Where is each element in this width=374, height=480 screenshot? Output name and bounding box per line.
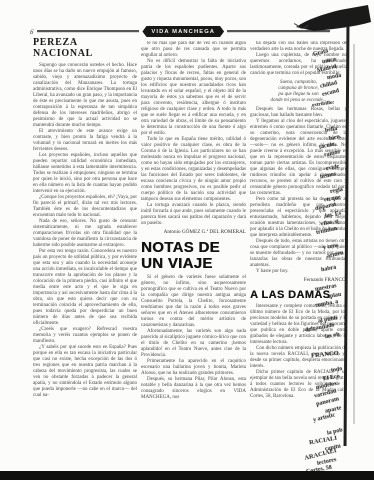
warped-text-fragment: ARACIALI xyxy=(304,447,338,462)
warped-text-fragment: RACIALI xyxy=(309,435,338,447)
page-edge-shadow xyxy=(353,44,355,424)
author-signature-franco: Fernando FRANCO. xyxy=(250,277,347,283)
page-header: 6 VIDA MANCHEGA xyxy=(30,26,336,37)
paragraph: ¿Creéis que exagero? Refrescad vuestra m… xyxy=(33,327,137,345)
paragraph: Después las hermanas Rosas, bellas y gra… xyxy=(250,107,347,119)
article-title-pereza-nacional: PEREZA NACIONAL xyxy=(33,37,137,59)
paragraph: ¿Conque los proyectos españoles, eh? ¡Va… xyxy=(33,195,137,219)
paragraph: No es difícil demostrar la falta de inic… xyxy=(141,59,246,137)
paragraph: Pero como tal protesta no ha de agradar … xyxy=(250,197,347,239)
paragraph: El atrevimiento de este avance exige un … xyxy=(33,129,137,153)
paragraph: Y llegamos al clou del espectáculo, jugu… xyxy=(250,119,347,197)
paragraph: Por esta vez tengo razón. Conocedora es … xyxy=(33,249,137,327)
notas-col2-paragraphs: Si el género de varietés fuese solamente… xyxy=(141,275,246,401)
warped-text-fragment: la pob xyxy=(327,427,344,436)
article-title-notas-de-un-viaje: NOTAS DE UN VIAJE xyxy=(141,240,246,271)
damas-paragraphs: Interesante y completo como todo, result… xyxy=(250,304,347,400)
notas-title-line2: UN VIAJE xyxy=(141,255,213,272)
paragraph: La tortuga avanzará cuando le plazca, si… xyxy=(141,203,246,227)
paragraph: Si el género de varietés fuese solamente… xyxy=(141,275,246,329)
column-2: le no más que para dar de vez en cuando … xyxy=(141,41,246,401)
paragraph: Con dicho número empieza la publicación … xyxy=(250,346,347,370)
paragraph: Primeramente ha aparecido en el raquític… xyxy=(141,359,246,377)
verse-line: donde mi pena se esconde... xyxy=(250,98,347,104)
notas-col3-intro-paragraphs: ha dejado con sus bailes una impresión d… xyxy=(250,41,347,77)
masthead-banner: VIDA MANCHEGA xyxy=(142,26,224,37)
paragraph: Después, su hermana Pilar, Pilar Alonso,… xyxy=(141,377,246,401)
paragraph: ¿Y sabéis por qué sucede esto en España?… xyxy=(33,345,137,399)
warped-text-fragment: lectores xyxy=(317,457,337,467)
paragraph: Después de todo, estas artistas no tiene… xyxy=(250,239,347,269)
warped-text-fragment: y artístic xyxy=(313,412,336,423)
paragraph: Interesante y completo como todo, result… xyxy=(250,304,347,346)
article-title-a-las-damas: A LAS DAMAS xyxy=(250,289,347,301)
scanned-magazine-page: 6 VIDA MANCHEGA PEREZA NACIONAL Supongo … xyxy=(0,0,374,480)
author-signature-romeral: Antonio GÓMEZ G.ª DEL ROMERAL xyxy=(141,229,246,235)
paragraph: Nada de eso, señores. No gusto de censur… xyxy=(33,219,137,249)
scan-bottom-bar xyxy=(0,471,374,480)
song-verse: Suena, campanita,campana de bronce,pa qu… xyxy=(250,80,347,104)
warped-text-fragment: capítu xyxy=(325,443,342,452)
paragraph: Todo lo que en España tiene mérito, util… xyxy=(141,137,246,203)
pereza-col2-paragraphs: le no más que para dar de vez en cuando … xyxy=(141,41,246,227)
paragraph: le no más que para dar de vez en cuando … xyxy=(141,41,246,59)
pereza-col1-paragraphs: Supongo que conocerán ustedes el hecho. … xyxy=(33,63,137,399)
masthead-title: VIDA MANCHEGA xyxy=(151,29,215,35)
paragraph: Supongo que conocerán ustedes el hecho. … xyxy=(33,63,137,129)
page-number: 6 xyxy=(29,28,34,36)
column-3: ha dejado con sus bailes una impresión d… xyxy=(250,41,347,400)
paragraph: Afortunadamente, las varietés son algo n… xyxy=(141,329,246,359)
header-rule-left xyxy=(37,30,140,32)
paragraph: Dicho primer capítulo de RACIALI y un ej… xyxy=(250,370,347,400)
paragraph: Los proyectos españoles, incluso aquello… xyxy=(33,153,137,195)
paragraph: Luego una cupletista, de cuyo nombre no … xyxy=(250,53,347,77)
paragraph: Y baste por hoy. xyxy=(250,269,347,275)
column-1: PEREZA NACIONAL Supongo que conocerán us… xyxy=(33,37,137,399)
notas-title-line1: NOTAS DE xyxy=(141,239,220,256)
notas-col3-body-paragraphs: Después las hermanas Rosas, bellas y gra… xyxy=(250,107,347,275)
scan-corner-artifact xyxy=(294,3,374,39)
warped-text-fragment: aparte xyxy=(325,405,343,414)
paragraph: ha dejado con sus bailes una impresión d… xyxy=(250,41,347,53)
